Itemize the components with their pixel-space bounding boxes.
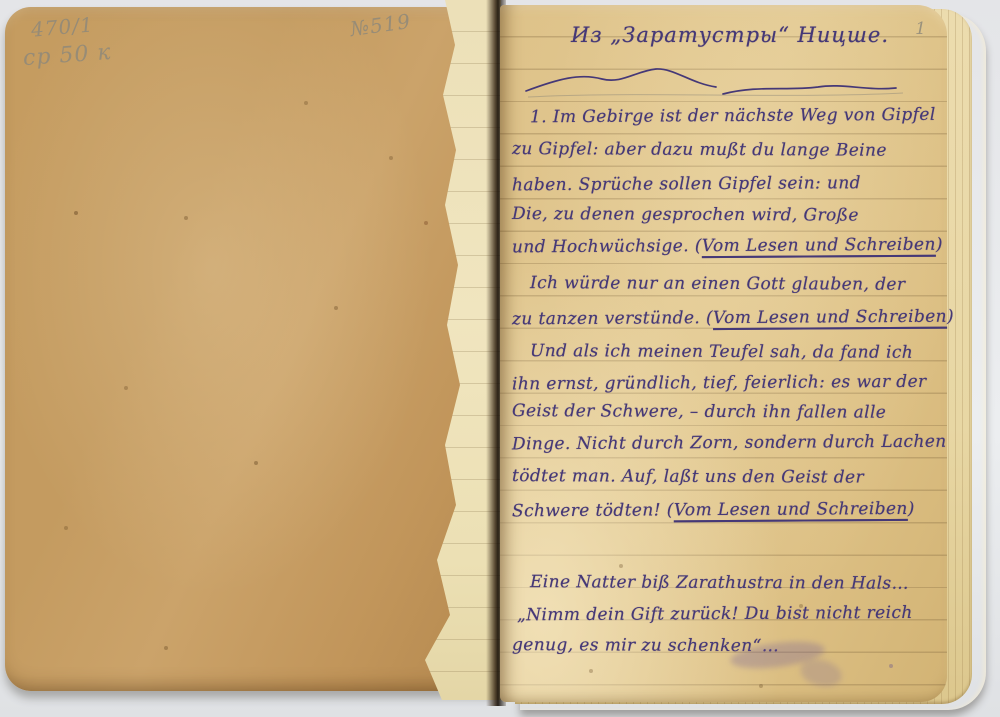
handwriting-line: Die, zu denen gesprochen wird, Große: [512, 199, 942, 231]
line-text: Und als ich meinen Teufel sah, da fand i…: [530, 341, 913, 363]
inventory-mark-1: 470/1: [30, 12, 94, 41]
handwriting-line: Schwere tödten! (Vom Lesen und Schreiben…: [512, 494, 942, 527]
paper-speckles: [5, 7, 7, 9]
line-text: Schwere tödten! (: [512, 500, 674, 521]
line-text: Die, zu denen gesprochen wird, Große: [512, 204, 859, 226]
handwriting-line: Geist der Schwere, – durch ihn fallen al…: [512, 396, 942, 428]
line-text: ihn ernst, gründlich, tief, feierlich: e…: [512, 372, 927, 395]
handwriting-line: und Hochwüchsige. (Vom Lesen und Schreib…: [512, 230, 942, 263]
line-text: Eine Natter biß Zarathustra in den Hals…: [530, 572, 909, 594]
inventory-mark-2: ср 50 к: [22, 40, 112, 71]
paper-speckles: [500, 5, 502, 7]
handwriting-line: Dinge. Nicht durch Zorn, sondern durch L…: [512, 427, 942, 460]
handwriting-line: zu Gipfel: aber dazu mußt du lange Beine: [512, 134, 942, 166]
line-text: haben. Sprüche sollen Gipfel sein: und: [512, 173, 861, 195]
handwritten-text-block: 1. Im Gebirge ist der nächste Weg von Gi…: [512, 5, 942, 702]
line-text: ): [908, 499, 915, 519]
line-text: tödtet man. Auf, laßt uns den Geist der: [512, 466, 864, 488]
line-text: ): [936, 235, 943, 255]
left-page: 470/1 ср 50 к №519: [5, 7, 497, 691]
line-text: 1. Im Gebirge ist der nächste Weg von Gi…: [530, 105, 936, 127]
handwriting-line: tödtet man. Auf, laßt uns den Geist der: [512, 461, 942, 493]
handwriting-line: zu tanzen verstünde. (Vom Lesen und Schr…: [512, 302, 942, 335]
right-page: 1 Из „Заратустры“ Ницше. 1. Im Gebirge i…: [500, 5, 947, 702]
handwriting-line: genug, es mir zu schenken“…: [512, 630, 942, 662]
line-text: Dinge. Nicht durch Zorn, sondern durch L…: [512, 432, 947, 455]
source-reference: Vom Lesen und Schreiben: [713, 307, 947, 328]
line-text: zu tanzen verstünde. (: [512, 308, 713, 329]
line-text: zu Gipfel: aber dazu mußt du lange Beine: [512, 139, 887, 161]
source-reference: Vom Lesen und Schreiben: [674, 499, 908, 520]
line-text: Ich würde nur an einen Gott glauben, der: [530, 273, 905, 295]
handwriting-line: „Nimm dein Gift zurück! Du bist nicht re…: [512, 598, 947, 631]
handwriting-line: Und als ich meinen Teufel sah, da fand i…: [512, 336, 960, 368]
catalog-number-mark: №519: [349, 9, 413, 41]
line-text: Geist der Schwere, – durch ihn fallen al…: [512, 401, 886, 423]
handwriting-line: 1. Im Gebirge ist der nächste Weg von Gi…: [512, 100, 960, 133]
line-text: „Nimm dein Gift zurück! Du bist nicht re…: [517, 603, 913, 625]
notebook-photo: 470/1 ср 50 к №519 1 Из „Заратустры“ Ниц…: [0, 0, 1000, 717]
handwriting-line: haben. Sprüche sollen Gipfel sein: und: [512, 168, 942, 201]
handwriting-line: Eine Natter biß Zarathustra in den Hals…: [512, 567, 960, 599]
line-text: und Hochwüchsige. (: [512, 236, 702, 257]
source-reference: Vom Lesen und Schreiben: [702, 235, 936, 256]
line-text: ): [947, 307, 954, 327]
handwriting-line: ihn ernst, gründlich, tief, feierlich: e…: [512, 367, 942, 400]
handwriting-line: Ich würde nur an einen Gott glauben, der: [512, 268, 960, 300]
